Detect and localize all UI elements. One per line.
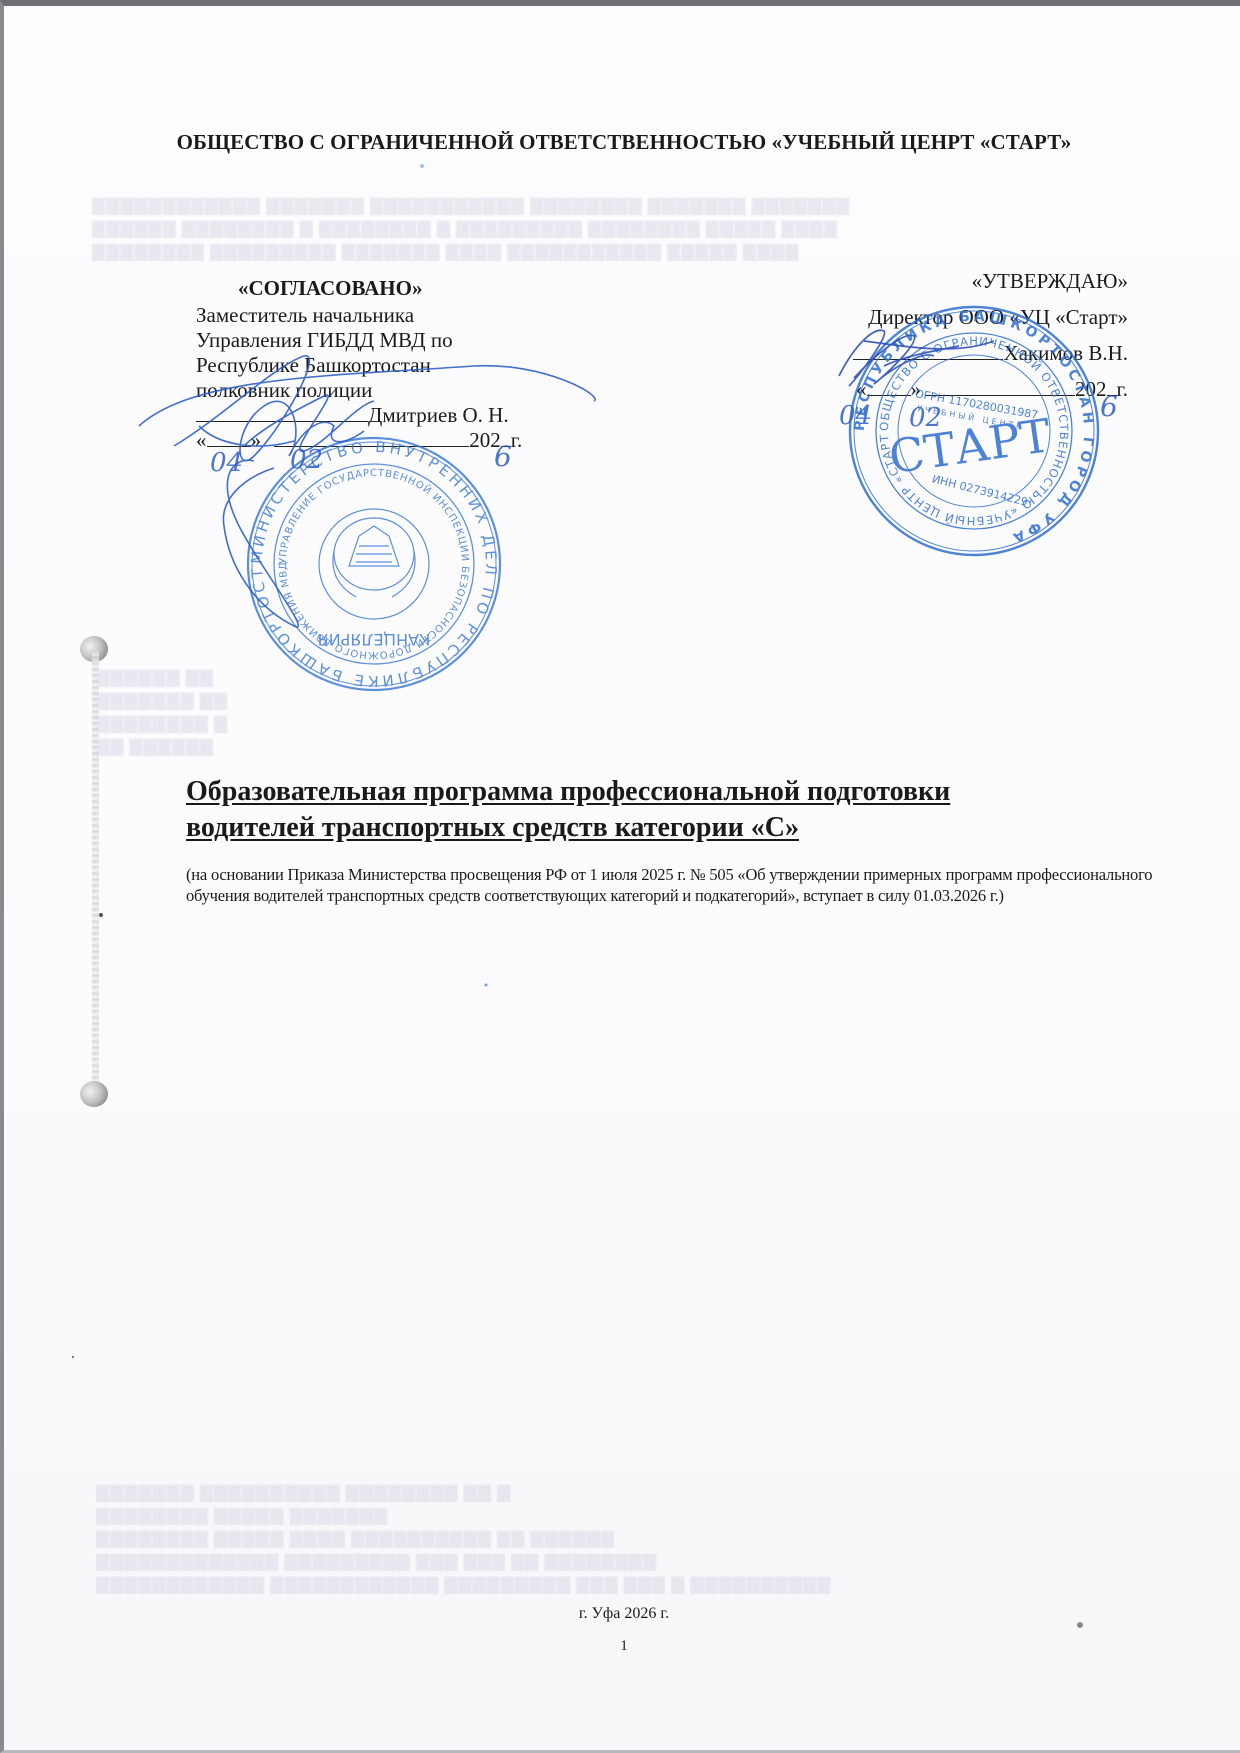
quote: « xyxy=(856,377,867,401)
svg-text:СТАРТ: СТАРТ xyxy=(886,408,1055,484)
approved-position: Директор ООО «УЦ «Старт» xyxy=(853,304,1128,330)
date-month-blank xyxy=(274,446,469,447)
date-year-blank xyxy=(501,446,511,447)
agreed-block: «СОГЛАСОВАНО» Заместитель начальника Упр… xyxy=(196,276,522,453)
agreed-signature-line: Дмитриев О. Н. xyxy=(196,403,522,428)
bleed-through-text: ▇▇▇▇▇▇▇▇▇▇▇▇ ▇▇▇▇▇▇▇ ▇▇▇▇▇▇▇▇▇▇▇ ▇▇▇▇▇▇▇… xyxy=(92,194,992,263)
document-title-line: Образовательная программа профессиональн… xyxy=(186,774,1086,810)
document-title: Образовательная программа профессиональн… xyxy=(186,774,1086,846)
document-page: ▇▇▇▇▇▇▇▇▇▇▇▇ ▇▇▇▇▇▇▇ ▇▇▇▇▇▇▇▇▇▇▇ ▇▇▇▇▇▇▇… xyxy=(0,0,1240,1753)
thread xyxy=(92,650,99,1090)
quote: » xyxy=(911,377,922,401)
agreed-position-line: Республике Башкортостан xyxy=(196,353,522,378)
approved-signatory: Хакимов В.Н. xyxy=(1003,341,1128,365)
agreed-rank: полковник полиции xyxy=(196,378,522,403)
approved-signature-line: Хакимов В.Н. xyxy=(853,340,1128,366)
page-number: 1 xyxy=(4,1638,1240,1655)
date-year-blank xyxy=(1107,395,1117,396)
document-title-line: водителей транспортных средств категории… xyxy=(186,810,1086,846)
punch-hole xyxy=(80,1081,108,1107)
date-day-blank xyxy=(867,395,911,396)
approved-heading: «УТВЕРЖДАЮ» xyxy=(853,268,1128,294)
date-year: 202 xyxy=(1075,377,1107,401)
signature-blank xyxy=(196,421,368,422)
agreed-signatory: Дмитриев О. Н. xyxy=(368,403,509,427)
svg-text:ИНН 0273914229: ИНН 0273914229 xyxy=(931,472,1029,508)
date-suffix: г. xyxy=(511,428,523,452)
approved-date-line: «»202г. xyxy=(853,376,1128,402)
organization-title: ОБЩЕСТВО С ОГРАНИЧЕННОЙ ОТВЕТСТВЕННОСТЬЮ… xyxy=(4,130,1240,155)
date-year: 202 xyxy=(469,428,501,452)
signature-blank xyxy=(853,359,1003,360)
bleed-through-text: ▇▇▇▇▇▇ ▇▇ ▇▇▇▇▇▇▇ ▇▇ ▇▇▇▇▇▇▇▇ ▇ ▇▇ ▇▇▇▇▇… xyxy=(96,666,256,758)
date-month-blank xyxy=(925,395,1075,396)
city-year: г. Уфа 2026 г. xyxy=(4,1605,1240,1623)
date-day-blank xyxy=(207,446,251,447)
agreed-heading: «СОГЛАСОВАНО» xyxy=(238,276,522,301)
document-basis-note: (на основании Приказа Министерства просв… xyxy=(186,864,1156,906)
date-suffix: г. xyxy=(1117,377,1129,401)
binding-thread xyxy=(84,636,106,1106)
quote: « xyxy=(196,428,207,452)
approved-block: «УТВЕРЖДАЮ» Директор ООО «УЦ «Старт» Хак… xyxy=(853,268,1128,412)
bleed-through-text: ▇▇▇▇▇▇▇ ▇▇▇▇▇▇▇▇▇▇ ▇▇▇▇▇▇▇▇ ▇▇ ▇ ▇▇▇▇▇▇▇… xyxy=(96,1481,796,1596)
svg-text:КАНЦЕЛЯРИЯ: КАНЦЕЛЯРИЯ xyxy=(318,630,431,649)
agreed-position-line: Заместитель начальника xyxy=(196,303,522,328)
quote: » xyxy=(251,428,262,452)
agreed-date-line: «» 202г. xyxy=(196,428,522,453)
agreed-position-line: Управления ГИБДД МВД по xyxy=(196,328,522,353)
